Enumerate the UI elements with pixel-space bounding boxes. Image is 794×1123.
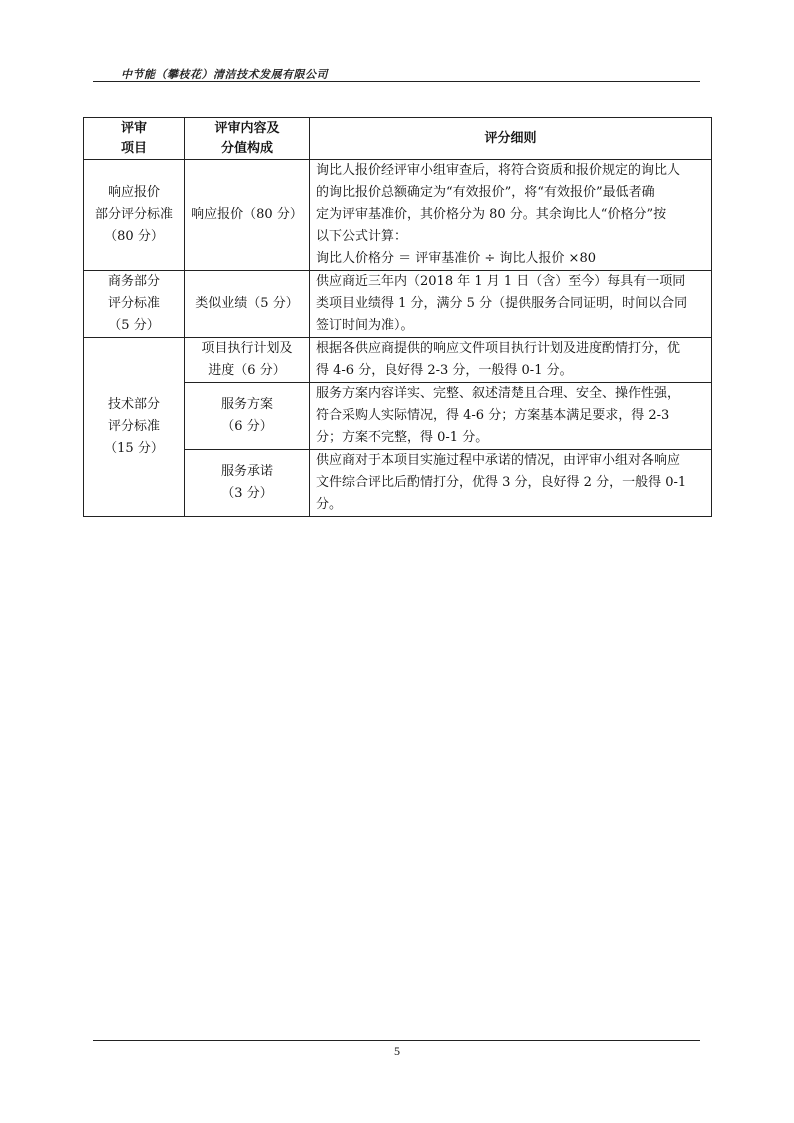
detail-text: 得 4-6 分，良好得 2-3 分，一般得 0-1 分。 [316,360,705,382]
table-row: 响应报价 部分评分标准 （80 分） 响应报价（80 分） 询比人报价经评审小组… [84,160,712,271]
category-text: （5 分） [84,315,184,337]
detail-text: 定为评审基准价，其价格分为 80 分。其余询比人“价格分”按 [316,204,705,226]
item-text: 项目执行计划及 [185,338,309,360]
item-text: （6 分） [185,416,309,438]
category-text: 商务部分 [84,271,184,293]
category-text: （80 分） [84,226,184,248]
header-text: 项目 [84,139,184,159]
header-text: 评审内容及 [185,119,309,139]
detail-text: 分。 [316,494,705,516]
header-divider [93,81,700,82]
category-text: 响应报价 [84,182,184,204]
footer-divider [93,1040,700,1041]
detail-text: 询比人报价经评审小组审查后，将符合资质和报价规定的询比人 [316,160,705,182]
detail-cell: 服务方案内容详实、完整、叙述清楚且合理、安全、操作性强， 符合采购人实际情况，得… [310,383,712,450]
item-text: 服务方案 [185,394,309,416]
category-cell: 响应报价 部分评分标准 （80 分） [84,160,185,271]
category-text: 技术部分 [84,394,184,416]
detail-cell: 供应商近三年内（2018 年 1 月 1 日（含）至今）每具有一项同 类项目业绩… [310,271,712,338]
detail-text: 签订时间为准）。 [316,315,705,337]
item-cell: 响应报价（80 分） [185,160,310,271]
detail-text: 以下公式计算： [316,226,705,248]
scoring-table: 评审 项目 评审内容及 分值构成 评分细则 响应报价 部分评分标准 （80 分）… [83,117,712,517]
detail-text: 符合采购人实际情况，得 4-6 分；方案基本满足要求，得 2-3 [316,405,705,427]
item-cell: 服务方案 （6 分） [185,383,310,450]
detail-text: 供应商近三年内（2018 年 1 月 1 日（含）至今）每具有一项同 [316,271,705,293]
detail-cell: 根据各供应商提供的响应文件项目执行计划及进度酌情打分，优 得 4-6 分，良好得… [310,338,712,383]
item-text: （3 分） [185,483,309,505]
header-text: 分值构成 [185,139,309,159]
item-text: 类似业绩（5 分） [185,293,309,315]
header-scoring-rules: 评分细则 [310,118,712,160]
table-row: 技术部分 评分标准 （15 分） 项目执行计划及 进度（6 分） 根据各供应商提… [84,338,712,383]
formula-text: 询比人价格分 ＝ 评审基准价 ÷ 询比人报价 ×80 [316,248,705,270]
category-text: 评分标准 [84,293,184,315]
detail-cell: 询比人报价经评审小组审查后，将符合资质和报价规定的询比人 的询比报价总额确定为“… [310,160,712,271]
category-cell: 技术部分 评分标准 （15 分） [84,338,185,517]
detail-text: 分；方案不完整，得 0-1 分。 [316,427,705,449]
table-header-row: 评审 项目 评审内容及 分值构成 评分细则 [84,118,712,160]
item-text: 服务承诺 [185,461,309,483]
header-review-item: 评审 项目 [84,118,185,160]
detail-text: 文件综合评比后酌情打分，优得 3 分，良好得 2 分，一般得 0-1 [316,472,705,494]
item-text: 响应报价（80 分） [185,204,309,226]
category-text: 部分评分标准 [84,204,184,226]
table-row: 商务部分 评分标准 （5 分） 类似业绩（5 分） 供应商近三年内（2018 年… [84,271,712,338]
detail-text: 类项目业绩得 1 分，满分 5 分（提供服务合同证明，时间以合同 [316,293,705,315]
category-text: （15 分） [84,438,184,460]
item-cell: 服务承诺 （3 分） [185,450,310,517]
item-cell: 类似业绩（5 分） [185,271,310,338]
detail-text: 根据各供应商提供的响应文件项目执行计划及进度酌情打分，优 [316,338,705,360]
detail-text: 供应商对于本项目实施过程中承诺的情况，由评审小组对各响应 [316,450,705,472]
page-header-company: 中节能（攀枝花）清洁技术发展有限公司 [121,66,328,82]
category-cell: 商务部分 评分标准 （5 分） [84,271,185,338]
detail-text: 服务方案内容详实、完整、叙述清楚且合理、安全、操作性强， [316,383,705,405]
item-cell: 项目执行计划及 进度（6 分） [185,338,310,383]
detail-text: 的询比报价总额确定为“有效报价”，将“有效报价”最低者确 [316,182,705,204]
detail-cell: 供应商对于本项目实施过程中承诺的情况，由评审小组对各响应 文件综合评比后酌情打分… [310,450,712,517]
page-number: 5 [0,1044,794,1059]
header-content-score: 评审内容及 分值构成 [185,118,310,160]
header-text: 评审 [84,119,184,139]
category-text: 评分标准 [84,416,184,438]
item-text: 进度（6 分） [185,360,309,382]
